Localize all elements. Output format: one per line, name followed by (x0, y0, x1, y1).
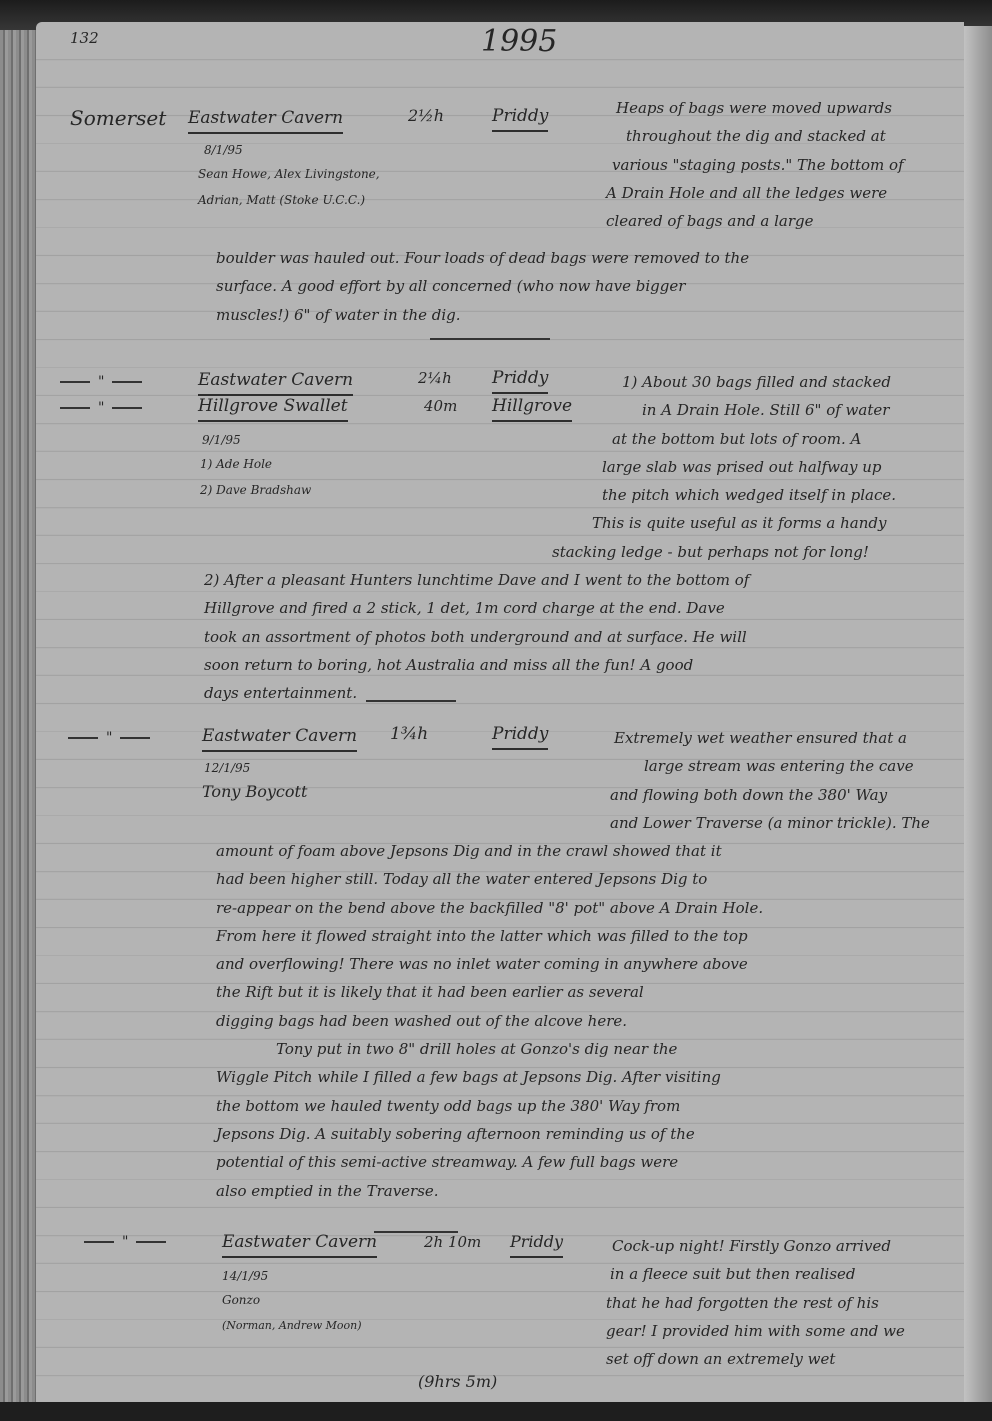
entry-location: Priddy (492, 102, 548, 132)
entry-duration: 1¾h (390, 720, 428, 748)
entry-notes-continued: boulder was hauled out. Four loads of de… (216, 244, 749, 329)
entry-party: Adrian, Matt (Stoke U.C.C.) (198, 190, 365, 210)
entry-notes: Heaps of bags were moved upwards through… (612, 94, 904, 235)
entry-cave-second: Hillgrove Swallet (198, 392, 348, 422)
entry-notes-continued: amount of foam above Jepsons Dig and in … (216, 837, 763, 1205)
entry-date: 14/1/95 (222, 1266, 268, 1286)
entry-divider (366, 700, 456, 702)
page-total-time: (9hrs 5m) (418, 1368, 497, 1396)
book-gutter (962, 26, 992, 1406)
entry-party: Tony Boycott (202, 778, 307, 806)
ditto-mark: " (52, 400, 150, 416)
entry-notes: Extremely wet weather ensured that a lar… (614, 724, 930, 837)
page-number: 132 (70, 24, 99, 52)
entry-date: 8/1/95 (204, 140, 243, 160)
entry-notes-continued: 2) After a pleasant Hunters lunchtime Da… (204, 566, 749, 707)
entry-party: Gonzo (222, 1290, 260, 1310)
entry-location: Priddy (492, 364, 548, 394)
ditto-mark: " (60, 730, 158, 746)
entry-cave: Eastwater Cavern (202, 722, 357, 752)
entry-party: 1) Ade Hole (200, 454, 272, 474)
logbook-page: 132 1995 Somerset Eastwater Cavern 2½h P… (36, 22, 964, 1406)
entry-duration: 2h 10m (424, 1228, 481, 1256)
entry-party: 2) Dave Bradshaw (200, 480, 311, 500)
entry-notes: Cock-up night! Firstly Gonzo arrived in … (612, 1232, 905, 1373)
entry-notes: 1) About 30 bags filled and stacked in A… (622, 368, 896, 566)
page-year: 1995 (481, 22, 557, 62)
entry-duration: 2¼h (418, 364, 452, 392)
entry-location: Priddy (492, 720, 548, 750)
entry-duration: 2½h (408, 102, 444, 130)
entry-cave: Eastwater Cavern (188, 104, 343, 134)
background-shadow-bottom (0, 1402, 992, 1421)
entry-location-second: Hillgrove (492, 392, 572, 422)
ditto-mark: " (76, 1234, 174, 1250)
entry-party: Sean Howe, Alex Livingstone, (198, 164, 380, 184)
entry-duration-second: 40m (424, 392, 457, 420)
entry-region: Somerset (70, 104, 166, 132)
stacked-page-edges (0, 30, 38, 1410)
entry-date: 12/1/95 (204, 758, 250, 778)
entry-divider (430, 338, 550, 340)
entry-party: (Norman, Andrew Moon) (222, 1316, 362, 1336)
entry-cave: Eastwater Cavern (222, 1228, 377, 1258)
entry-location: Priddy (510, 1228, 563, 1258)
ditto-mark: " (52, 374, 150, 390)
entry-date: 9/1/95 (202, 430, 241, 450)
